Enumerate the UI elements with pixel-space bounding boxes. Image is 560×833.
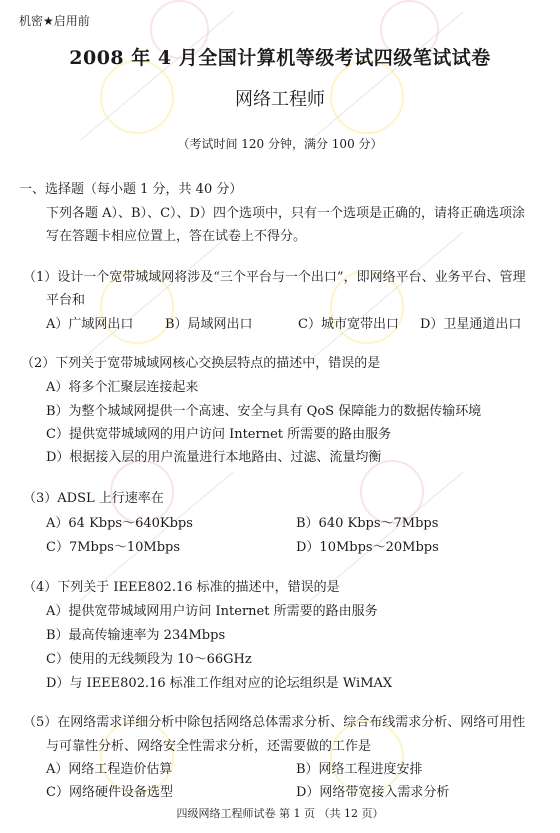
question-5-stem: 与可靠性分析、网络安全性需求分析，还需要做的工作是 <box>46 735 371 754</box>
question-4-stem: （4）下列关于 IEEE802.16 标准的描述中，错误的是 <box>23 576 340 595</box>
watermark-line <box>310 12 464 141</box>
question-1-option-b: B）局域网出口 <box>165 313 253 332</box>
watermark-line <box>80 12 234 141</box>
exam-info: （考试时间 120 分钟，满分 100 分） <box>0 135 560 152</box>
question-4-option-c: C）使用的无线频段为 10～66GHz <box>46 648 252 667</box>
question-1-stem: （1）设计一个宽带城域网将涉及“三个平台与一个出口”，即网络平台、业务平台、管理 <box>23 266 526 285</box>
question-3-option-c: C）7Mbps～10Mbps <box>46 536 180 555</box>
question-3-option-b: B）640 Kbps～7Mbps <box>296 512 438 531</box>
question-2-option-b: B）为整个城域网提供一个高速、安全与具有 QoS 保障能力的数据传输环境 <box>46 400 481 419</box>
question-3-stem: （3）ADSL 上行速率在 <box>23 487 164 506</box>
question-3-option-a: A）64 Kbps～640Kbps <box>46 512 193 531</box>
question-4-option-d: D）与 IEEE802.16 标准工作组对应的论坛组织是 WiMAX <box>46 672 392 691</box>
watermark-line <box>310 232 464 361</box>
question-2-option-d: D）根据接入层的用户流量进行本地路由、过滤、流量均衡 <box>46 446 381 465</box>
question-2-stem: （2）下列关于宽带城域网核心交换层特点的描述中，错误的是 <box>21 352 380 371</box>
question-4-option-a: A）提供宽带城域网用户访问 Internet 所需要的路由服务 <box>46 600 378 619</box>
question-1-option-a: A）广域网出口 <box>46 313 133 332</box>
section-heading: 一、选择题（每小题 1 分，共 40 分） <box>19 178 242 197</box>
question-5-option-b: B）网络工程进度安排 <box>296 758 423 777</box>
exam-subtitle: 网络工程师 <box>0 85 560 111</box>
confidential-label: 机密★启用前 <box>19 12 90 29</box>
page-footer: 四级网络工程师试卷 第 1 页 （共 12 页） <box>0 805 560 821</box>
question-5-option-c: C）网络硬件设备选型 <box>46 781 173 800</box>
question-1-option-c: C）城市宽带出口 <box>298 313 399 332</box>
question-1-stem: 平台和 <box>46 289 85 308</box>
question-4-option-b: B）最高传输速率为 234Mbps <box>46 624 225 643</box>
question-5-option-a: A）网络工程造价估算 <box>46 758 172 777</box>
question-2-option-a: A）将多个汇聚层连接起来 <box>46 376 198 395</box>
question-5-stem: （5）在网络需求详细分析中除包括网络总体需求分析、综合布线需求分析、网络可用性 <box>23 711 525 730</box>
question-2-option-c: C）提供宽带城域网的用户访问 Internet 所需要的路由服务 <box>46 423 391 442</box>
exam-title: 2008 年 4 月全国计算机等级考试四级笔试试卷 <box>0 43 560 70</box>
question-3-option-d: D）10Mbps～20Mbps <box>296 536 439 555</box>
watermark-line <box>80 232 234 361</box>
section-instructions-line-1: 下列各题 A）、B）、C）、D）四个选项中，只有一个选项是正确的，请将正确选项涂 <box>46 202 525 221</box>
section-instructions-line-2: 写在答题卡相应位置上，答在试卷上不得分。 <box>46 225 306 244</box>
question-5-option-d: D）网络带宽接入需求分析 <box>296 781 449 800</box>
question-1-option-d: D）卫星通道出口 <box>420 313 521 332</box>
